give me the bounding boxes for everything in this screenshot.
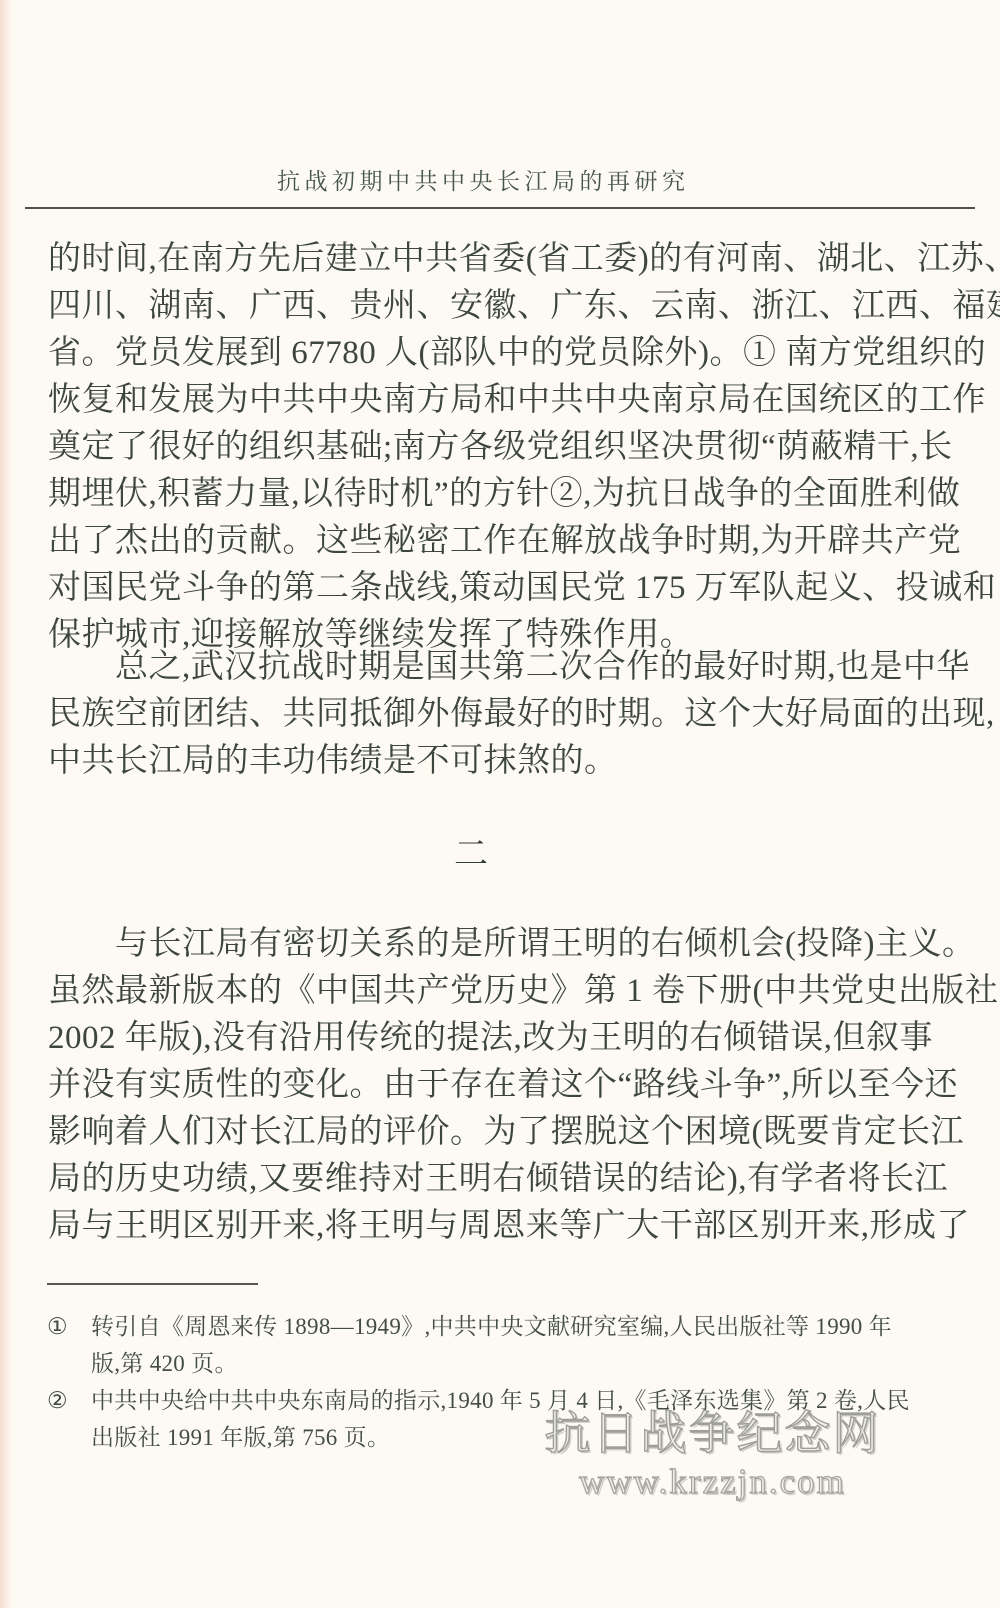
footnote-line: 转引自《周恩来传 1898—1949》,中共中央文献研究室编,人民出版社等 19… bbox=[91, 1308, 962, 1345]
body-line: 并没有实质性的变化。由于存在着这个“路线斗争”,所以至今还 bbox=[48, 1062, 960, 1109]
footnote-1: ① 转引自《周恩来传 1898—1949》,中共中央文献研究室编,人民出版社等 … bbox=[47, 1308, 962, 1382]
body-line: 四川、湖南、广西、贵州、安徽、广东、云南、浙江、江西、福建等 13 bbox=[48, 283, 960, 330]
footnotes-block: ① 转引自《周恩来传 1898—1949》,中共中央文献研究室编,人民出版社等 … bbox=[47, 1308, 962, 1456]
footnote-divider-rule bbox=[47, 1283, 258, 1285]
footnote-line: 出版社 1991 年版,第 756 页。 bbox=[91, 1419, 962, 1456]
body-line: 影响着人们对长江局的评价。为了摆脱这个困境(既要肯定长江 bbox=[48, 1109, 960, 1156]
body-line: 总之,武汉抗战时期是国共第二次合作的最好时期,也是中华 bbox=[48, 644, 960, 691]
body-line: 中共长江局的丰功伟绩是不可抹煞的。 bbox=[48, 738, 960, 785]
body-line: 局的历史功绩,又要维持对王明右倾错误的结论),有学者将长江 bbox=[48, 1156, 960, 1203]
body-line: 虽然最新版本的《中国共产党历史》第 1 卷下册(中共党史出版社 bbox=[48, 968, 960, 1015]
running-header-title: 抗战初期中共中央长江局的再研究 bbox=[277, 163, 690, 196]
footnote-line: 版,第 420 页。 bbox=[91, 1345, 962, 1382]
paragraph-summary: 总之,武汉抗战时期是国共第二次合作的最好时期,也是中华 民族空前团结、共同抵御外… bbox=[48, 644, 960, 785]
footnote-2: ② 中共中央给中共中央东南局的指示,1940 年 5 月 4 日,《毛泽东选集》… bbox=[47, 1382, 962, 1456]
footnote-2-text: 中共中央给中共中央东南局的指示,1940 年 5 月 4 日,《毛泽东选集》第 … bbox=[91, 1382, 962, 1456]
body-line: 出了杰出的贡献。这些秘密工作在解放战争时期,为开辟共产党 bbox=[48, 518, 960, 565]
body-line: 的时间,在南方先后建立中共省委(省工委)的有河南、湖北、江苏、 bbox=[48, 236, 960, 283]
body-line: 期埋伏,积蓄力量,以待时机”的方针②,为抗日战争的全面胜利做 bbox=[48, 471, 960, 518]
body-line: 对国民党斗争的第二条战线,策动国民党 175 万军队起义、投诚和 bbox=[48, 565, 960, 612]
body-line: 2002 年版),没有沿用传统的提法,改为王明的右倾错误,但叙事 bbox=[48, 1015, 960, 1062]
body-line: 局与王明区别开来,将王明与周恩来等广大干部区别开来,形成了 bbox=[48, 1203, 960, 1250]
section-heading: 二 bbox=[0, 826, 944, 875]
paragraph-continued: 的时间,在南方先后建立中共省委(省工委)的有河南、湖北、江苏、 四川、湖南、广西… bbox=[48, 236, 960, 659]
body-line: 民族空前团结、共同抵御外侮最好的时期。这个大好局面的出现, bbox=[48, 691, 960, 738]
footnote-2-marker: ② bbox=[47, 1382, 91, 1419]
footnote-1-marker: ① bbox=[47, 1308, 91, 1345]
watermark-site-url: www.krzzjn.com bbox=[540, 1464, 885, 1500]
body-line: 恢复和发展为中共中央南方局和中共中央南京局在国统区的工作 bbox=[48, 377, 960, 424]
paragraph-section-two: 与长江局有密切关系的是所谓王明的右倾机会(投降)主义。 虽然最新版本的《中国共产… bbox=[48, 921, 960, 1250]
scan-edge-artifact bbox=[0, 0, 12, 1608]
body-line: 省。党员发展到 67780 人(部队中的党员除外)。① 南方党组织的 bbox=[48, 330, 960, 377]
footnote-line: 中共中央给中共中央东南局的指示,1940 年 5 月 4 日,《毛泽东选集》第 … bbox=[91, 1382, 962, 1419]
body-line: 与长江局有密切关系的是所谓王明的右倾机会(投降)主义。 bbox=[48, 921, 960, 968]
header-rule bbox=[25, 207, 975, 209]
footnote-1-text: 转引自《周恩来传 1898—1949》,中共中央文献研究室编,人民出版社等 19… bbox=[91, 1308, 962, 1382]
body-line: 奠定了很好的组织基础;南方各级党组织坚决贯彻“荫蔽精干,长 bbox=[48, 424, 960, 471]
scanned-book-page: 抗战初期中共中央长江局的再研究 的时间,在南方先后建立中共省委(省工委)的有河南… bbox=[0, 0, 1000, 1608]
